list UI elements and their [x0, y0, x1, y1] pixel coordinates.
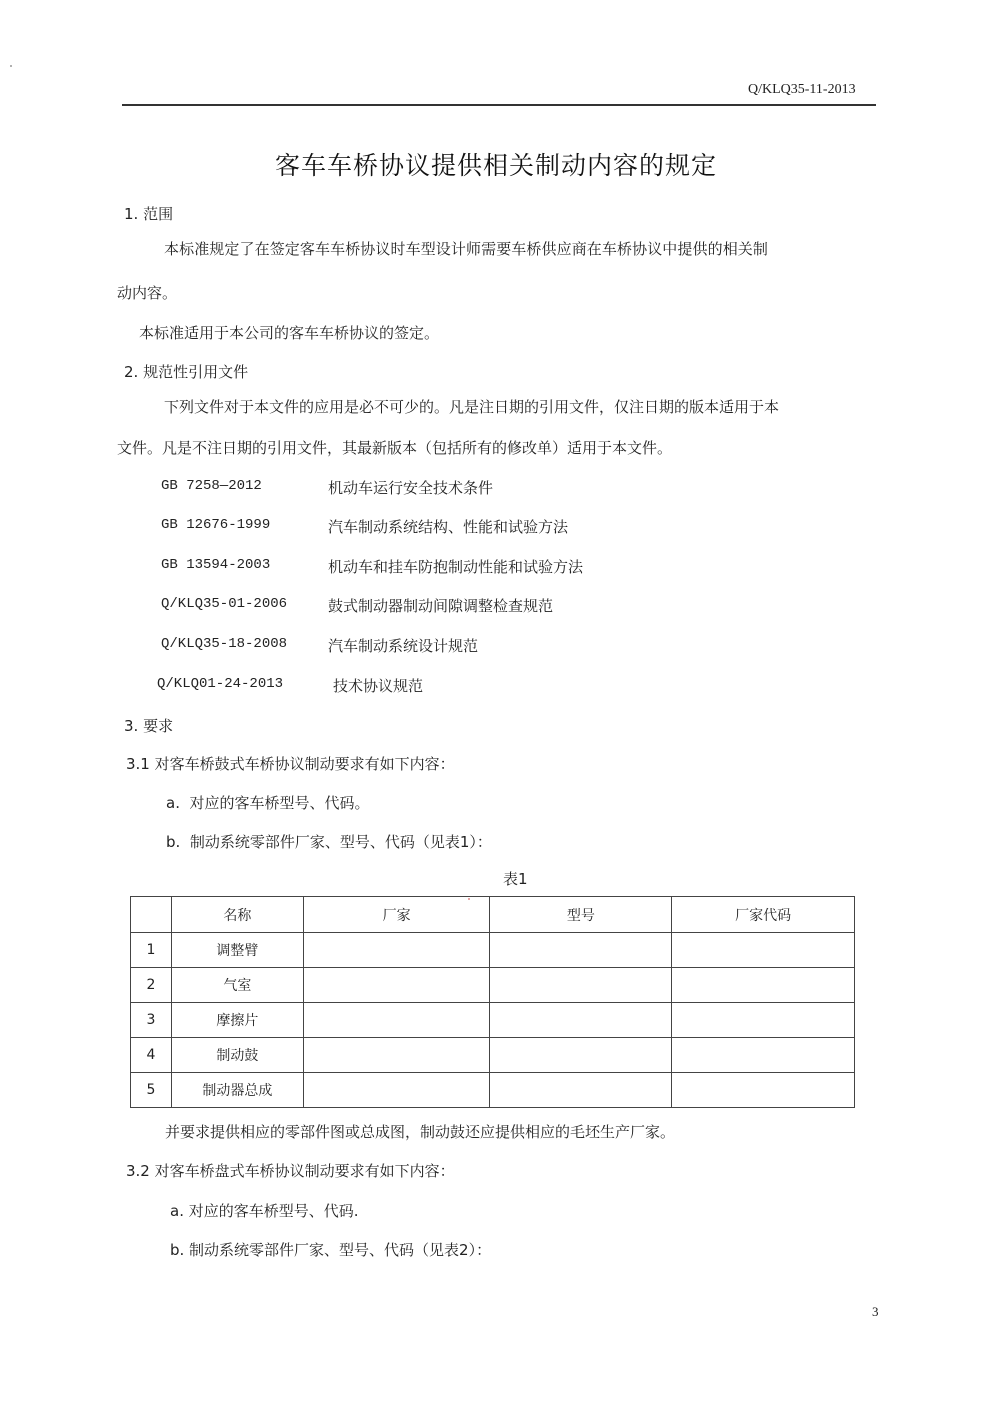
table-header-row: 名称 厂家 型号 厂家代码 — [131, 897, 855, 933]
manufacturer-code-cell — [672, 1003, 855, 1038]
reference-title: 鼓式制动器制动间隙调整检查规范 — [328, 595, 553, 616]
model-cell — [490, 968, 672, 1003]
model-cell — [490, 1038, 672, 1073]
table-header-cell: 型号 — [490, 897, 672, 933]
part-name: 摩擦片 — [171, 1003, 303, 1038]
document-code: Q/KLQ35-11-2013 — [748, 82, 856, 98]
section-3-1-item-b: b. 制动系统零部件厂家、型号、代码（见表1）： — [166, 831, 492, 852]
scan-speck — [468, 898, 470, 900]
reference-title: 机动车运行安全技术条件 — [328, 477, 493, 498]
table-row: 2 气室 — [131, 968, 855, 1003]
reference-title: 技术协议规范 — [333, 675, 423, 696]
reference-title: 汽车制动系统结构、性能和试验方法 — [328, 516, 568, 537]
part-name: 调整臂 — [171, 933, 303, 968]
model-cell — [490, 1003, 672, 1038]
section-3-1-note: 并要求提供相应的零部件图或总成图，制动鼓还应提供相应的毛坯生产厂家。 — [165, 1121, 675, 1142]
manufacturer-code-cell — [672, 933, 855, 968]
part-name: 气室 — [171, 968, 303, 1003]
scan-speck — [10, 65, 12, 67]
section-3-2-heading: 3.2 对客车桥盘式车桥协议制动要求有如下内容： — [126, 1160, 455, 1181]
part-name: 制动鼓 — [171, 1038, 303, 1073]
table-header-cell: 名称 — [171, 897, 303, 933]
part-name: 制动器总成 — [171, 1073, 303, 1108]
table-header-cell: 厂家代码 — [672, 897, 855, 933]
row-number: 2 — [131, 968, 172, 1003]
reference-code: GB 12676-1999 — [161, 517, 270, 533]
section-1-para-line-2: 动内容。 — [117, 282, 177, 303]
table-row: 1 调整臂 — [131, 933, 855, 968]
model-cell — [490, 1073, 672, 1108]
reference-code: Q/KLQ35-18-2008 — [161, 636, 287, 652]
manufacturer-cell — [303, 1073, 490, 1108]
section-2-heading: 2. 规范性引用文件 — [124, 361, 248, 382]
row-number: 4 — [131, 1038, 172, 1073]
section-1-para-2: 本标准适用于本公司的客车车桥协议的签定。 — [139, 322, 439, 343]
section-3-1-heading: 3.1 对客车桥鼓式车桥协议制动要求有如下内容： — [126, 753, 455, 774]
section-3-2-item-b: b. 制动系统零部件厂家、型号、代码（见表2）： — [170, 1239, 491, 1260]
table-1-caption: 表1 — [503, 868, 528, 889]
table-row: 5 制动器总成 — [131, 1073, 855, 1108]
section-1-heading: 1. 范围 — [124, 203, 173, 224]
section-3-1-item-a: a. 对应的客车桥型号、代码。 — [166, 792, 370, 813]
section-2-para-line-1: 下列文件对于本文件的应用是必不可少的。凡是注日期的引用文件，仅注日期的版本适用于… — [164, 396, 779, 417]
model-cell — [490, 933, 672, 968]
manufacturer-code-cell — [672, 1073, 855, 1108]
reference-code: GB 13594-2003 — [161, 557, 270, 573]
row-number: 1 — [131, 933, 172, 968]
manufacturer-cell — [303, 933, 490, 968]
manufacturer-code-cell — [672, 968, 855, 1003]
reference-code: GB 7258—2012 — [161, 478, 262, 494]
section-3-2-item-a: a. 对应的客车桥型号、代码. — [170, 1200, 359, 1221]
reference-code: Q/KLQ35-01-2006 — [161, 596, 287, 612]
page-number: 3 — [872, 1304, 879, 1320]
reference-code: Q/KLQ01-24-2013 — [157, 676, 283, 692]
section-2-para-line-2: 文件。凡是不注日期的引用文件，其最新版本（包括所有的修改单）适用于本文件。 — [117, 437, 672, 458]
reference-title: 机动车和挂车防抱制动性能和试验方法 — [328, 556, 583, 577]
document-title: 客车车桥协议提供相关制动内容的规定 — [0, 146, 992, 182]
header-rule — [122, 104, 876, 106]
table-header-cell: 厂家 — [303, 897, 490, 933]
reference-title: 汽车制动系统设计规范 — [328, 635, 478, 656]
row-number: 5 — [131, 1073, 172, 1108]
table-header-cell — [131, 897, 172, 933]
section-3-heading: 3. 要求 — [124, 715, 173, 736]
table-row: 3 摩擦片 — [131, 1003, 855, 1038]
row-number: 3 — [131, 1003, 172, 1038]
manufacturer-cell — [303, 1003, 490, 1038]
manufacturer-cell — [303, 1038, 490, 1073]
table-1: 名称 厂家 型号 厂家代码 1 调整臂 2 气室 3 摩擦片 4 制动鼓 5 制… — [130, 896, 855, 1108]
section-1-para-line-1: 本标准规定了在签定客车车桥协议时车型设计师需要车桥供应商在车桥协议中提供的相关制 — [164, 238, 768, 259]
manufacturer-cell — [303, 968, 490, 1003]
table-row: 4 制动鼓 — [131, 1038, 855, 1073]
manufacturer-code-cell — [672, 1038, 855, 1073]
